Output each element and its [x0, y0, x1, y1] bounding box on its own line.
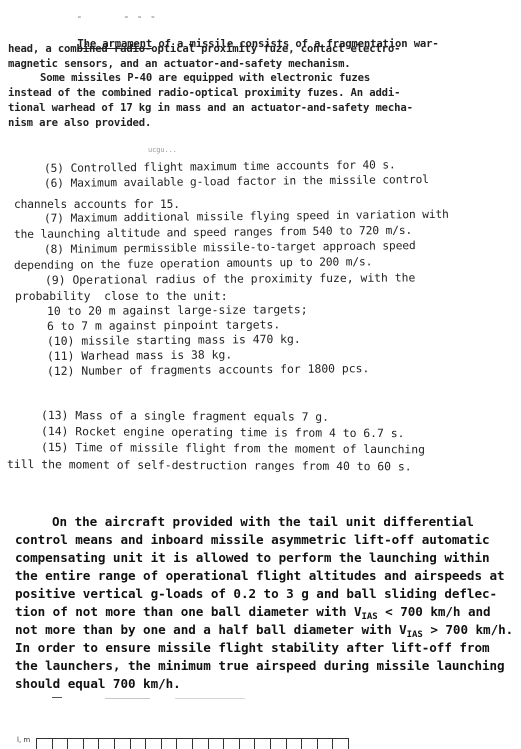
grid-cell — [161, 739, 177, 749]
cutoff-mark — [175, 698, 245, 699]
item-7-line-1: (7) Maximum additional missile flying sp… — [44, 209, 449, 224]
grid-cell — [176, 739, 192, 749]
item-14: (14) Rocket engine operating time is fro… — [41, 426, 405, 440]
launch-line-9: the launchers, the minimum true airspeed… — [15, 660, 505, 673]
fuzes-line-4: nism are also provided. — [8, 118, 151, 129]
grid-cell — [270, 739, 286, 749]
grid-cell — [317, 739, 333, 749]
launch-line-7: not more than by one and a half ball dia… — [15, 624, 513, 637]
grid-cell — [208, 739, 224, 749]
item-13: (13) Mass of a single fragment equals 7 … — [41, 410, 329, 423]
cutoff-mark — [52, 697, 62, 698]
grid-cell — [286, 739, 302, 749]
item-9-line-4: 6 to 7 m against pinpoint targets. — [47, 319, 280, 332]
grid-cell — [145, 739, 161, 749]
launch-line-6-post: < 700 km/h and — [378, 604, 491, 619]
header-mark-right: - - - — [123, 11, 156, 22]
armament-line-3: magnetic sensors, and an actuator-and-sa… — [8, 59, 351, 70]
item-7-line-2: the launching altitude and speed ranges … — [14, 225, 412, 240]
item-9-line-2: probability close to the unit: — [15, 291, 228, 302]
grid-cell — [114, 739, 130, 749]
item-10: (10) missile starting mass is 470 kg. — [47, 334, 301, 348]
launch-line-5: positive vertical g-loads of 0.2 to 3 g … — [15, 588, 497, 601]
grid-cell — [67, 739, 83, 749]
launch-line-8: In order to ensure missile flight stabil… — [15, 642, 490, 655]
launch-line-10: should equal 700 km/h. — [15, 678, 181, 691]
grid-cell — [254, 739, 270, 749]
grid-cell — [98, 739, 114, 749]
fuzes-line-3: tional warhead of 17 kg in mass and an a… — [8, 103, 413, 114]
grid-cell — [36, 739, 52, 749]
item-9-line-1: (9) Operational radius of the proximity … — [45, 272, 415, 286]
v-ias-subscript: IAS — [361, 612, 377, 622]
item-12: (12) Number of fragments accounts for 18… — [47, 363, 369, 377]
grid-cell — [223, 739, 239, 749]
launch-line-4: the entire range of operational flight a… — [15, 570, 505, 583]
grid-cell — [83, 739, 99, 749]
grid-cell — [52, 739, 68, 749]
fuzes-line-1: Some missiles P-40 are equipped with ele… — [40, 73, 370, 84]
launch-line-6-pre: tion of not more than one ball diameter … — [15, 604, 361, 619]
item-15-line-1: (15) Time of missile flight from the mom… — [41, 442, 425, 456]
document-page: - - - - The armament of a missile consis… — [0, 0, 521, 749]
launch-line-7-post: > 700 km/h. — [423, 622, 513, 637]
armament-line-2: head, a combined radio-optical proximity… — [8, 44, 400, 55]
cutoff-mark — [105, 698, 150, 699]
item-6-line-1: (6) Maximum available g-load factor in t… — [44, 174, 429, 189]
launch-line-2: control means and inboard missile asymme… — [15, 534, 490, 547]
item-5: (5) Controlled flight maximum time accou… — [44, 159, 396, 174]
item-15-line-2: till the moment of self-destruction rang… — [7, 459, 412, 473]
item-8-line-1: (8) Minimum permissible missile-to-targe… — [44, 240, 416, 255]
item-8-line-2: depending on the fuze operation amounts … — [14, 256, 372, 271]
item-9-line-3: 10 to 20 m against large-size targets; — [47, 304, 308, 317]
header-mark-left: - — [76, 11, 83, 22]
launch-line-7-pre: not more than by one and a half ball dia… — [15, 622, 407, 637]
grid-cell — [130, 739, 146, 749]
item-11: (11) Warhead mass is 38 kg. — [47, 349, 232, 362]
v-ias-subscript: IAS — [407, 630, 423, 640]
grid-cell — [239, 739, 255, 749]
launch-line-3: compensating unit it is allowed to perfo… — [15, 552, 490, 565]
cut-text-fragment: ucgu... — [148, 147, 177, 154]
grid-cell — [332, 739, 349, 749]
fuzes-line-2: instead of the combined radio-optical pr… — [8, 88, 400, 99]
grid-cell — [192, 739, 208, 749]
item-6-line-2: channels accounts for 15. — [14, 199, 180, 210]
launch-line-6: tion of not more than one ball diameter … — [15, 606, 491, 619]
figure-grid — [36, 738, 349, 749]
figure-axis-label: l, m — [17, 736, 30, 744]
grid-cell — [301, 739, 317, 749]
launch-line-1: On the aircraft provided with the tail u… — [52, 516, 474, 529]
